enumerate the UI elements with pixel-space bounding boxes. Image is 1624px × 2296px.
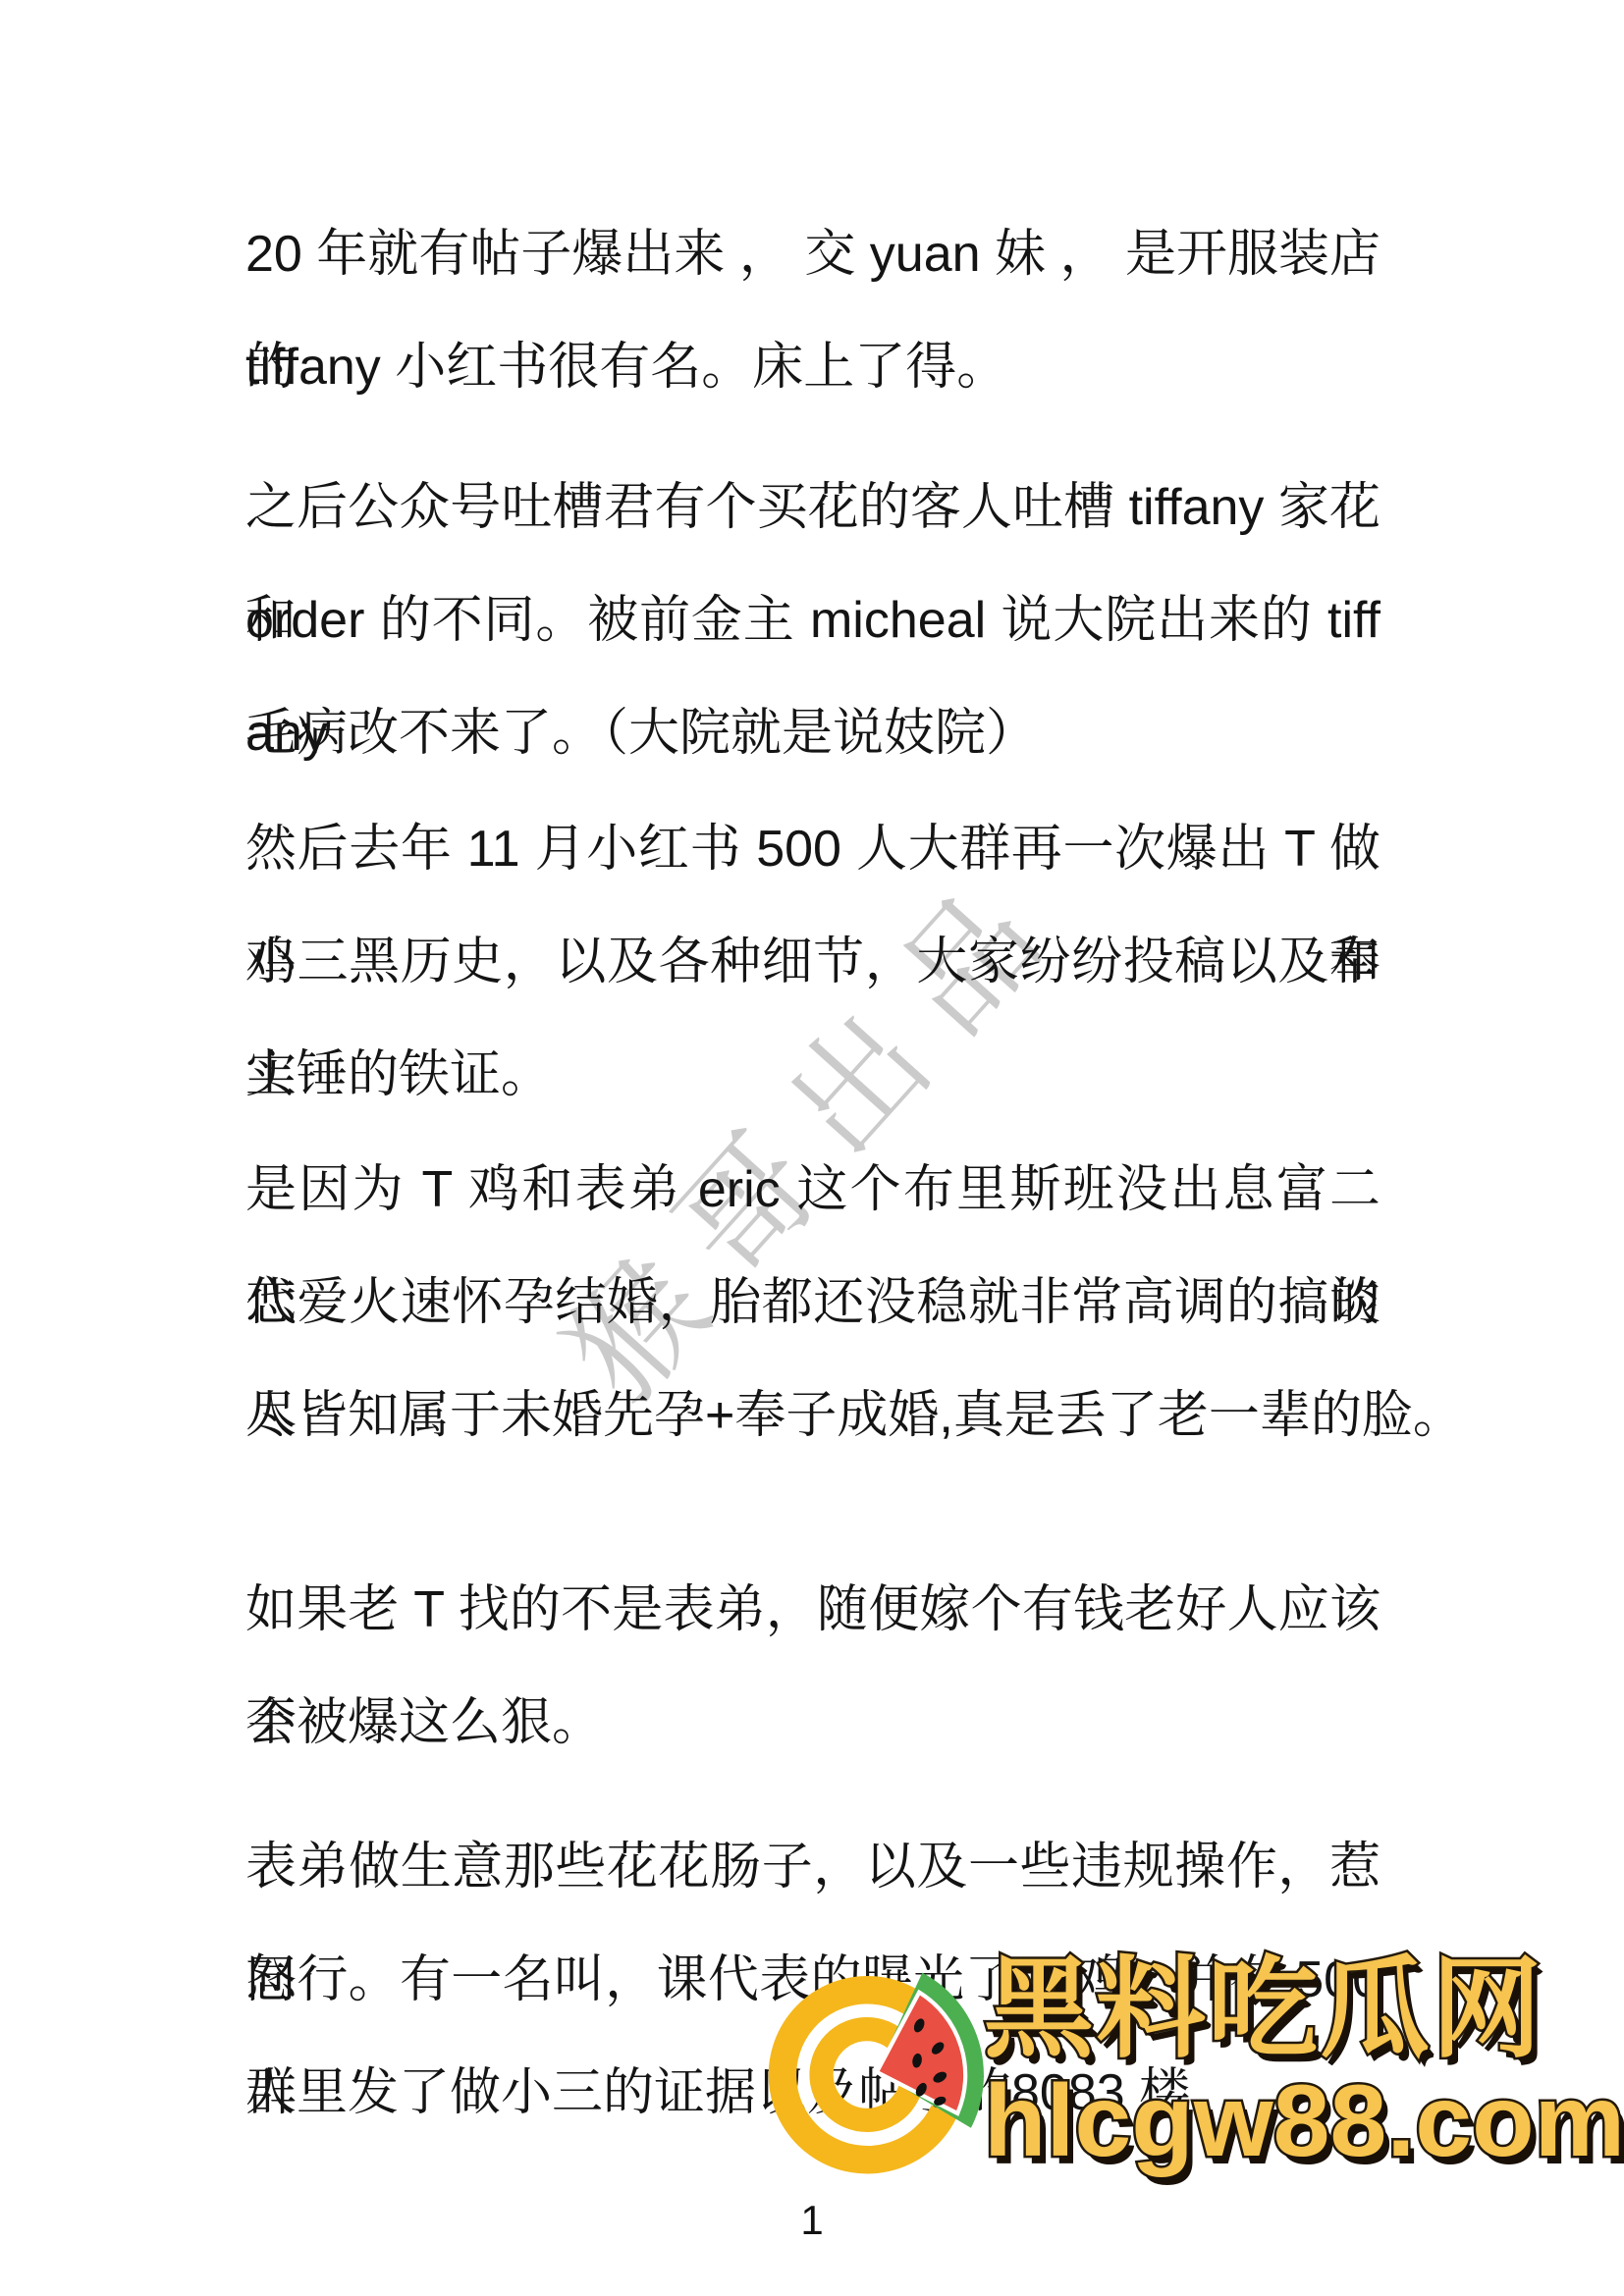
text-line: tiffany 小红书很有名。床上了得。 [245, 311, 1380, 424]
text-line: 会被爆这么狠。 [245, 1667, 1380, 1780]
text-line: 然后去年 11 月小红书 500 人大群再一次爆出 T 做鸡和 [245, 793, 1380, 906]
page-number: 1 [0, 2197, 1624, 2244]
paragraph-3: 然后去年 11 月小红书 500 人大群再一次爆出 T 做鸡和 小三黑历史，以及… [245, 793, 1380, 1132]
site-name: 黑料吃瓜网 [984, 1951, 1543, 2067]
text-line: 如果老 T 找的不是表弟，随便嫁个有钱老好人应该不 [245, 1554, 1380, 1667]
paragraph-5: 如果老 T 找的不是表弟，随便嫁个有钱老好人应该不 会被爆这么狠。 [245, 1554, 1380, 1780]
paragraph-4: 是因为 T 鸡和表弟 eric 这个布里斯班没出息富二代谈 恋爱火速怀孕结婚，胎… [245, 1134, 1380, 1472]
paragraph-1: 20 年就有帖子爆出来 ， 交 yuan 妹 ， 是开服装店的 tiffany … [245, 198, 1380, 424]
text-line: 是因为 T 鸡和表弟 eric 这个布里斯班没出息富二代谈 [245, 1134, 1380, 1247]
site-logo [764, 1961, 992, 2189]
text-line: 小三黑历史，以及各种细节，大家纷纷投稿以及奉上 [245, 906, 1380, 1019]
text-line: 表弟做生意那些花花肠子，以及一些违规操作，惹怒 [245, 1811, 1380, 1924]
paragraph-2: 之后公众号吐槽君有个买花的客人吐槽 tiffany 家花和 order 的不同。… [245, 452, 1380, 790]
site-url: hlcgw88.com [984, 2063, 1624, 2179]
text-line: 毛病改不来了。（大院就是说妓院） [245, 677, 1380, 790]
text-line: 恋爱火速怀孕结婚，胎都还没稳就非常高调的搞的人 [245, 1247, 1380, 1360]
text-line: order 的不同。被前金主 micheal 说大院出来的 tiffany [245, 564, 1380, 677]
text-line: 之后公众号吐槽君有个买花的客人吐槽 tiffany 家花和 [245, 452, 1380, 564]
watermelon-c-logo-icon [764, 1961, 992, 2189]
text-line: 实锤的铁证。 [245, 1019, 1380, 1132]
text-line: 尽皆知属于未婚先孕+奉子成婚,真是丢了老一辈的脸。 [245, 1360, 1380, 1472]
text-line: 20 年就有帖子爆出来 ， 交 yuan 妹 ， 是开服装店的 [245, 198, 1380, 311]
document-page: 猴哥出品 20 年就有帖子爆出来 ， 交 yuan 妹 ， 是开服装店的 tif… [0, 0, 1624, 2296]
